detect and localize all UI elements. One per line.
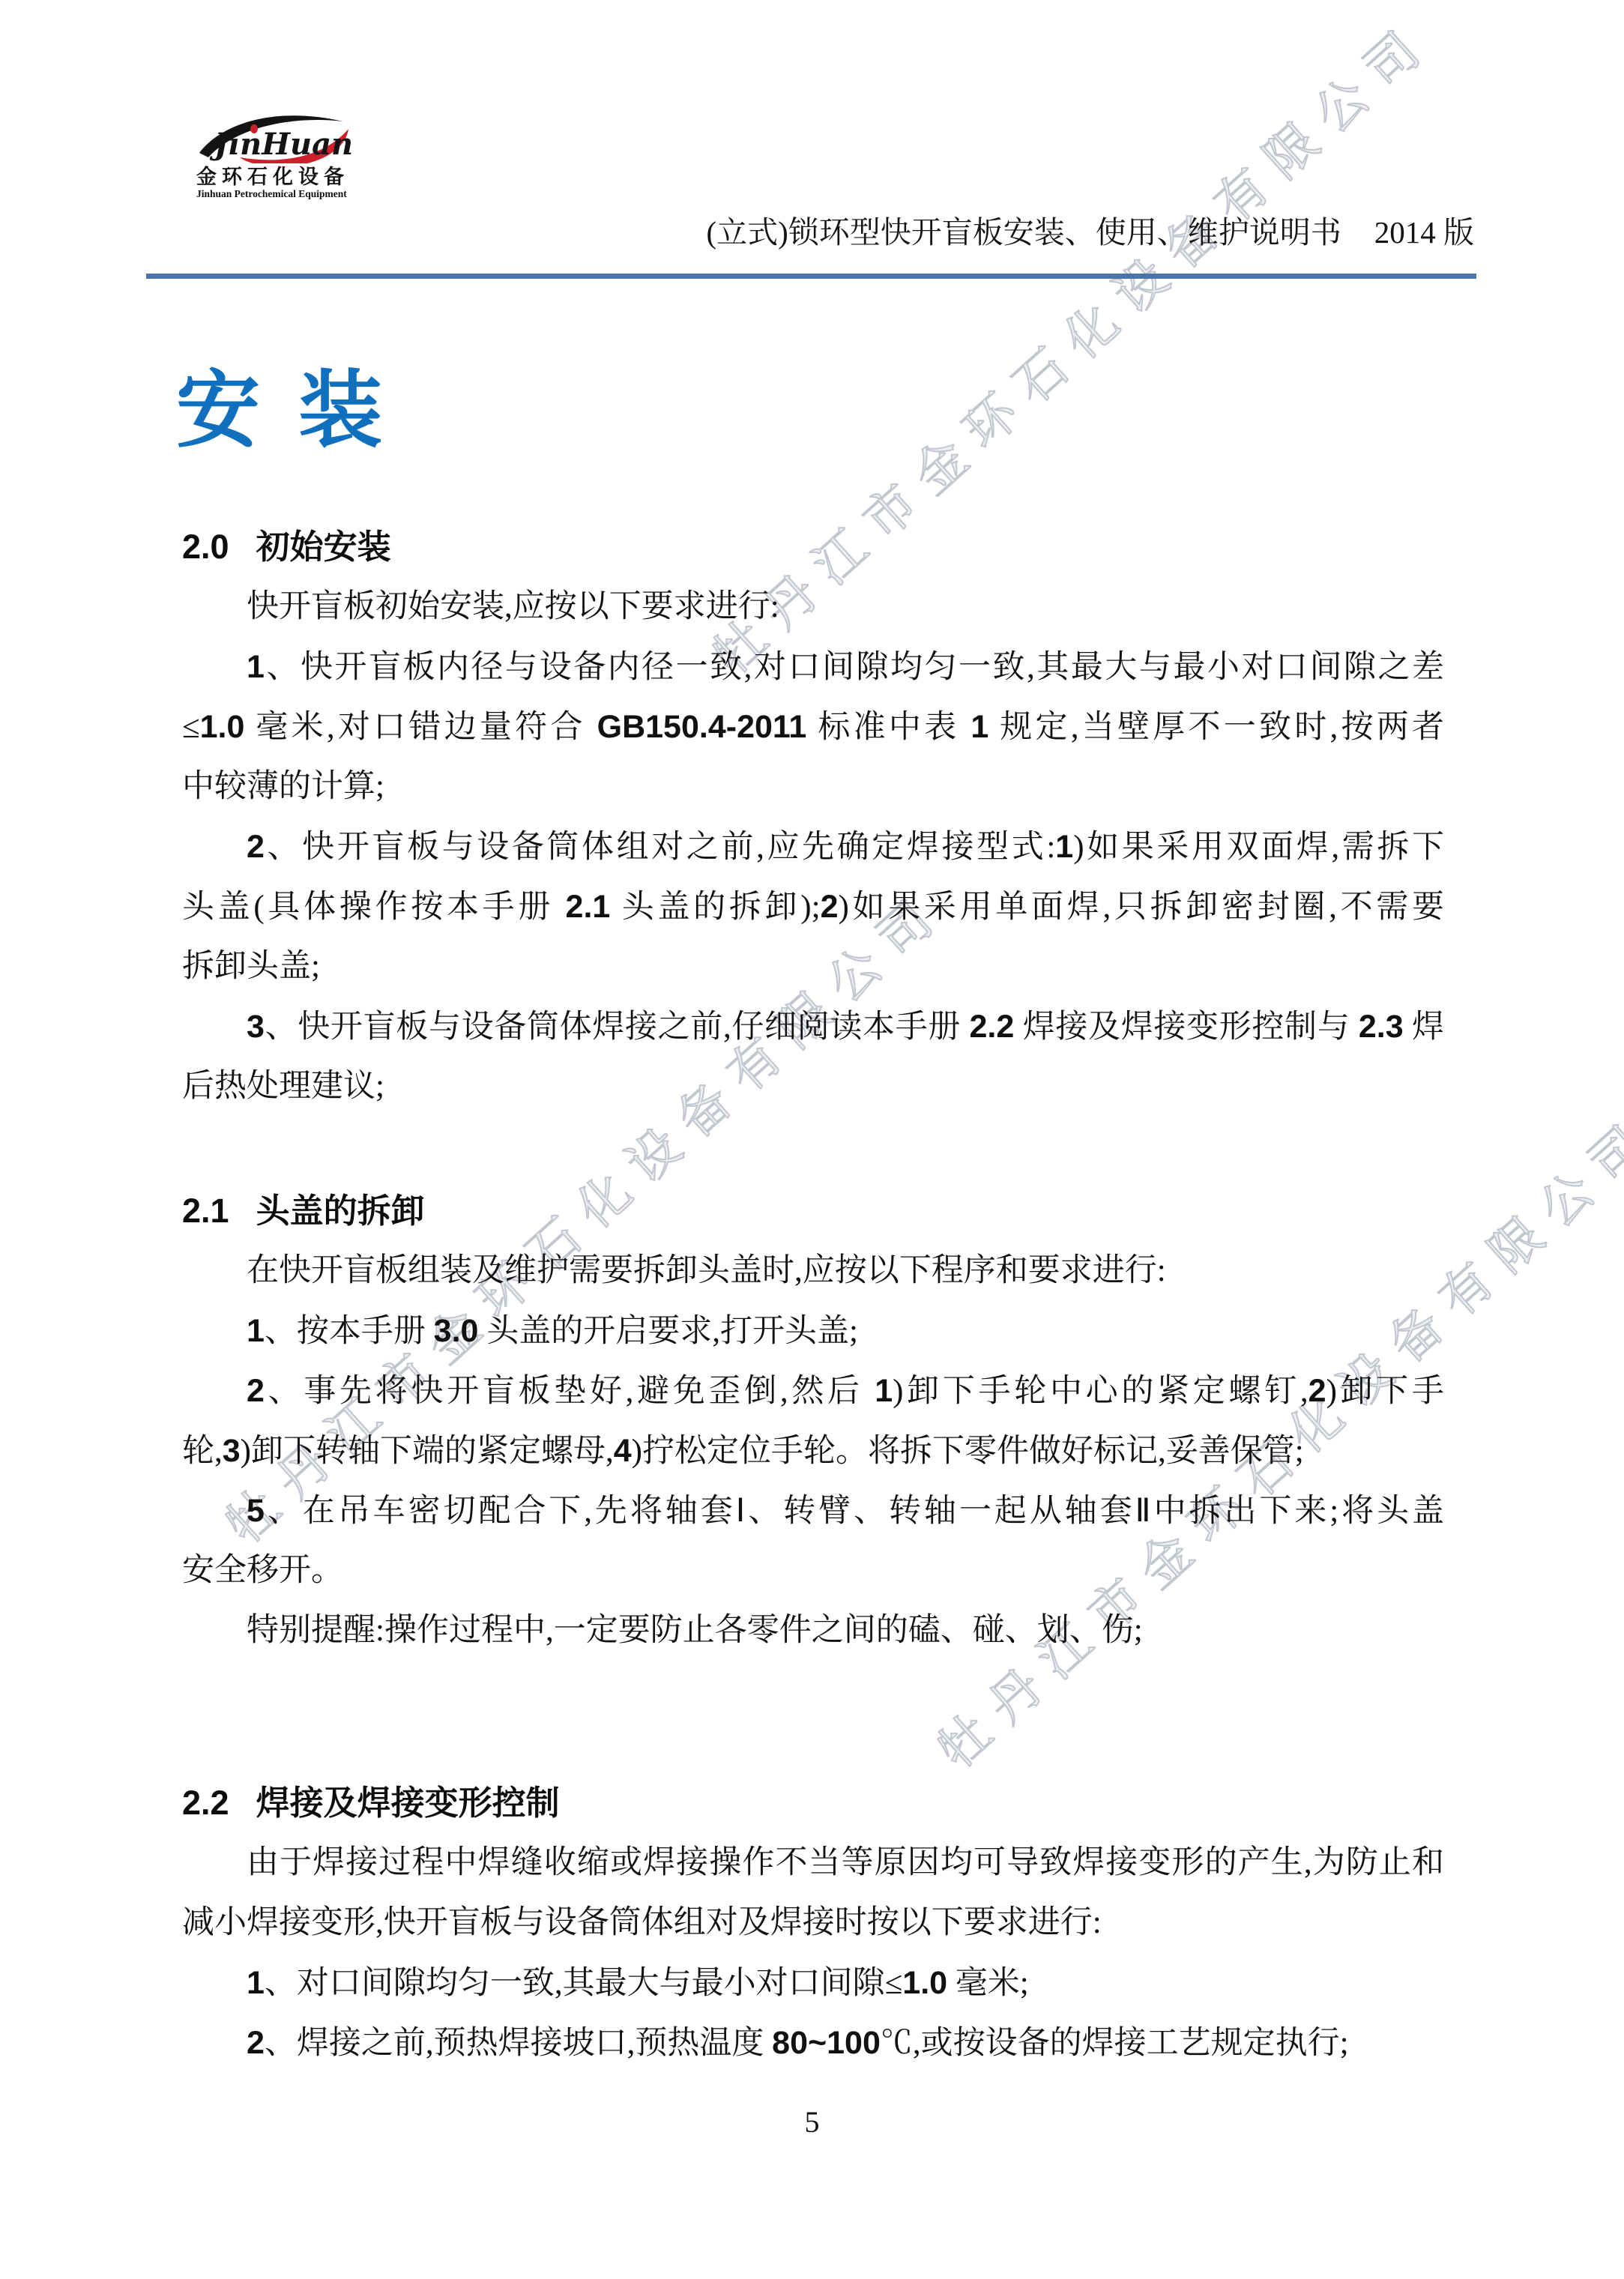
- text-line: 安全移开。: [182, 1541, 1444, 1601]
- text-line: 2、焊接之前,预热焊接坡口,预热温度 80~100℃,或按设备的焊接工艺规定执行…: [182, 2013, 1444, 2073]
- text-line: 3、快开盲板与设备筒体焊接之前,仔细阅读本手册 2.2 焊接及焊接变形控制与 2…: [182, 997, 1444, 1057]
- paragraph: 2、快开盲板与设备筒体组对之前,应先确定焊接型式:1)如果采用双面焊,需拆下头盖…: [182, 817, 1444, 997]
- text-line: 中较薄的计算;: [182, 757, 1444, 817]
- doc-title: (立式)锁环型快开盲板安装、使用、维护说明书: [706, 215, 1341, 250]
- section-title: 焊接及焊接变形控制: [256, 1784, 560, 1822]
- text-line: 轮,3)卸下转轴下端的紧定螺母,4)拧松定位手轮。将拆下零件做好标记,妥善保管;: [182, 1421, 1444, 1481]
- logo-english-name: Jinhuan Petrochemical Equipment: [196, 188, 354, 199]
- text-line: 特别提醒:操作过程中,一定要防止各零件之间的磕、碰、划、伤;: [182, 1601, 1444, 1661]
- company-logo: JinHuan 金环石化设备 Jinhuan Petrochemical Equ…: [196, 112, 354, 199]
- section-2.1: 2.1头盖的拆卸在快开盲板组装及维护需要拆卸头盖时,应按以下程序和要求进行:1、…: [182, 1181, 1444, 1661]
- text-line: 5、在吊车密切配合下,先将轴套Ⅰ、转臂、转轴一起从轴套Ⅱ中拆出下来;将头盖: [182, 1481, 1444, 1541]
- text-line: 2、事先将快开盲板垫好,避免歪倒,然后 1)卸下手轮中心的紧定螺钉,2)卸下手: [182, 1361, 1444, 1421]
- doc-edition: 2014 版: [1374, 215, 1474, 250]
- text-line: 1、对口间隙均匀一致,其最大与最小对口间隙≤1.0 毫米;: [182, 1953, 1444, 2013]
- text-line: 拆卸头盖;: [182, 937, 1444, 997]
- page-number: 5: [0, 2104, 1624, 2140]
- text-line: 在快开盲板组装及维护需要拆卸头盖时,应按以下程序和要求进行:: [182, 1241, 1444, 1301]
- section-2.2: 2.2焊接及焊接变形控制由于焊接过程中焊缝收缩或焊接操作不当等原因均可导致焊接变…: [182, 1773, 1444, 2073]
- paragraph: 在快开盲板组装及维护需要拆卸头盖时,应按以下程序和要求进行:: [182, 1241, 1444, 1301]
- paragraph: 3、快开盲板与设备筒体焊接之前,仔细阅读本手册 2.2 焊接及焊接变形控制与 2…: [182, 997, 1444, 1117]
- section-title: 初始安装: [256, 528, 391, 566]
- paragraph: 5、在吊车密切配合下,先将轴套Ⅰ、转臂、转轴一起从轴套Ⅱ中拆出下来;将头盖安全移…: [182, 1481, 1444, 1601]
- section-title: 头盖的拆卸: [256, 1192, 425, 1230]
- paragraph: 1、快开盲板内径与设备内径一致,对口间隙均匀一致,其最大与最小对口间隙之差≤1.…: [182, 637, 1444, 817]
- paragraph: 2、焊接之前,预热焊接坡口,预热温度 80~100℃,或按设备的焊接工艺规定执行…: [182, 2013, 1444, 2073]
- text-line: 1、快开盲板内径与设备内径一致,对口间隙均匀一致,其最大与最小对口间隙之差: [182, 637, 1444, 697]
- section-number: 2.0: [182, 528, 229, 566]
- section-number: 2.2: [182, 1784, 229, 1822]
- section-heading: 2.0初始安装: [182, 517, 1444, 577]
- text-line: 2、快开盲板与设备筒体组对之前,应先确定焊接型式:1)如果采用双面焊,需拆下: [182, 817, 1444, 877]
- document-page: 牡丹江市金环石化设备有限公司 牡丹江市金环石化设备有限公司 牡丹江市金环石化设备…: [0, 0, 1624, 2279]
- text-line: 减小焊接变形,快开盲板与设备筒体组对及焊接时按以下要求进行:: [182, 1893, 1444, 1953]
- logo-chinese-name: 金环石化设备: [196, 166, 354, 188]
- section-2.0: 2.0初始安装快开盲板初始安装,应按以下要求进行:1、快开盲板内径与设备内径一致…: [182, 517, 1444, 1117]
- header-rule: [146, 274, 1476, 279]
- logo-script-text: JinHuan: [209, 127, 353, 162]
- chapter-title: 安 装: [176, 366, 390, 456]
- paragraph: 2、事先将快开盲板垫好,避免歪倒,然后 1)卸下手轮中心的紧定螺钉,2)卸下手轮…: [182, 1361, 1444, 1481]
- paragraph: 由于焊接过程中焊缝收缩或焊接操作不当等原因均可导致焊接变形的产生,为防止和减小焊…: [182, 1833, 1444, 1953]
- text-line: ≤1.0 毫米,对口错边量符合 GB150.4-2011 标准中表 1 规定,当…: [182, 697, 1444, 757]
- paragraph: 特别提醒:操作过程中,一定要防止各零件之间的磕、碰、划、伤;: [182, 1601, 1444, 1661]
- text-line: 1、按本手册 3.0 头盖的开启要求,打开头盖;: [182, 1301, 1444, 1361]
- section-heading: 2.1头盖的拆卸: [182, 1181, 1444, 1241]
- paragraph: 1、按本手册 3.0 头盖的开启要求,打开头盖;: [182, 1301, 1444, 1361]
- text-line: 由于焊接过程中焊缝收缩或焊接操作不当等原因均可导致焊接变形的产生,为防止和: [182, 1833, 1444, 1893]
- logo-swoosh-graphic: JinHuan: [196, 112, 354, 163]
- text-line: 快开盲板初始安装,应按以下要求进行:: [182, 577, 1444, 637]
- text-line: 后热处理建议;: [182, 1057, 1444, 1117]
- header-doc-title-row: (立式)锁环型快开盲板安装、使用、维护说明书2014 版: [706, 214, 1474, 250]
- text-line: 头盖(具体操作按本手册 2.1 头盖的拆卸);2)如果采用单面焊,只拆卸密封圈,…: [182, 877, 1444, 937]
- section-number: 2.1: [182, 1192, 229, 1230]
- paragraph: 快开盲板初始安装,应按以下要求进行:: [182, 577, 1444, 637]
- document-body: 2.0初始安装快开盲板初始安装,应按以下要求进行:1、快开盲板内径与设备内径一致…: [182, 517, 1444, 2073]
- section-heading: 2.2焊接及焊接变形控制: [182, 1773, 1444, 1833]
- paragraph: 1、对口间隙均匀一致,其最大与最小对口间隙≤1.0 毫米;: [182, 1953, 1444, 2013]
